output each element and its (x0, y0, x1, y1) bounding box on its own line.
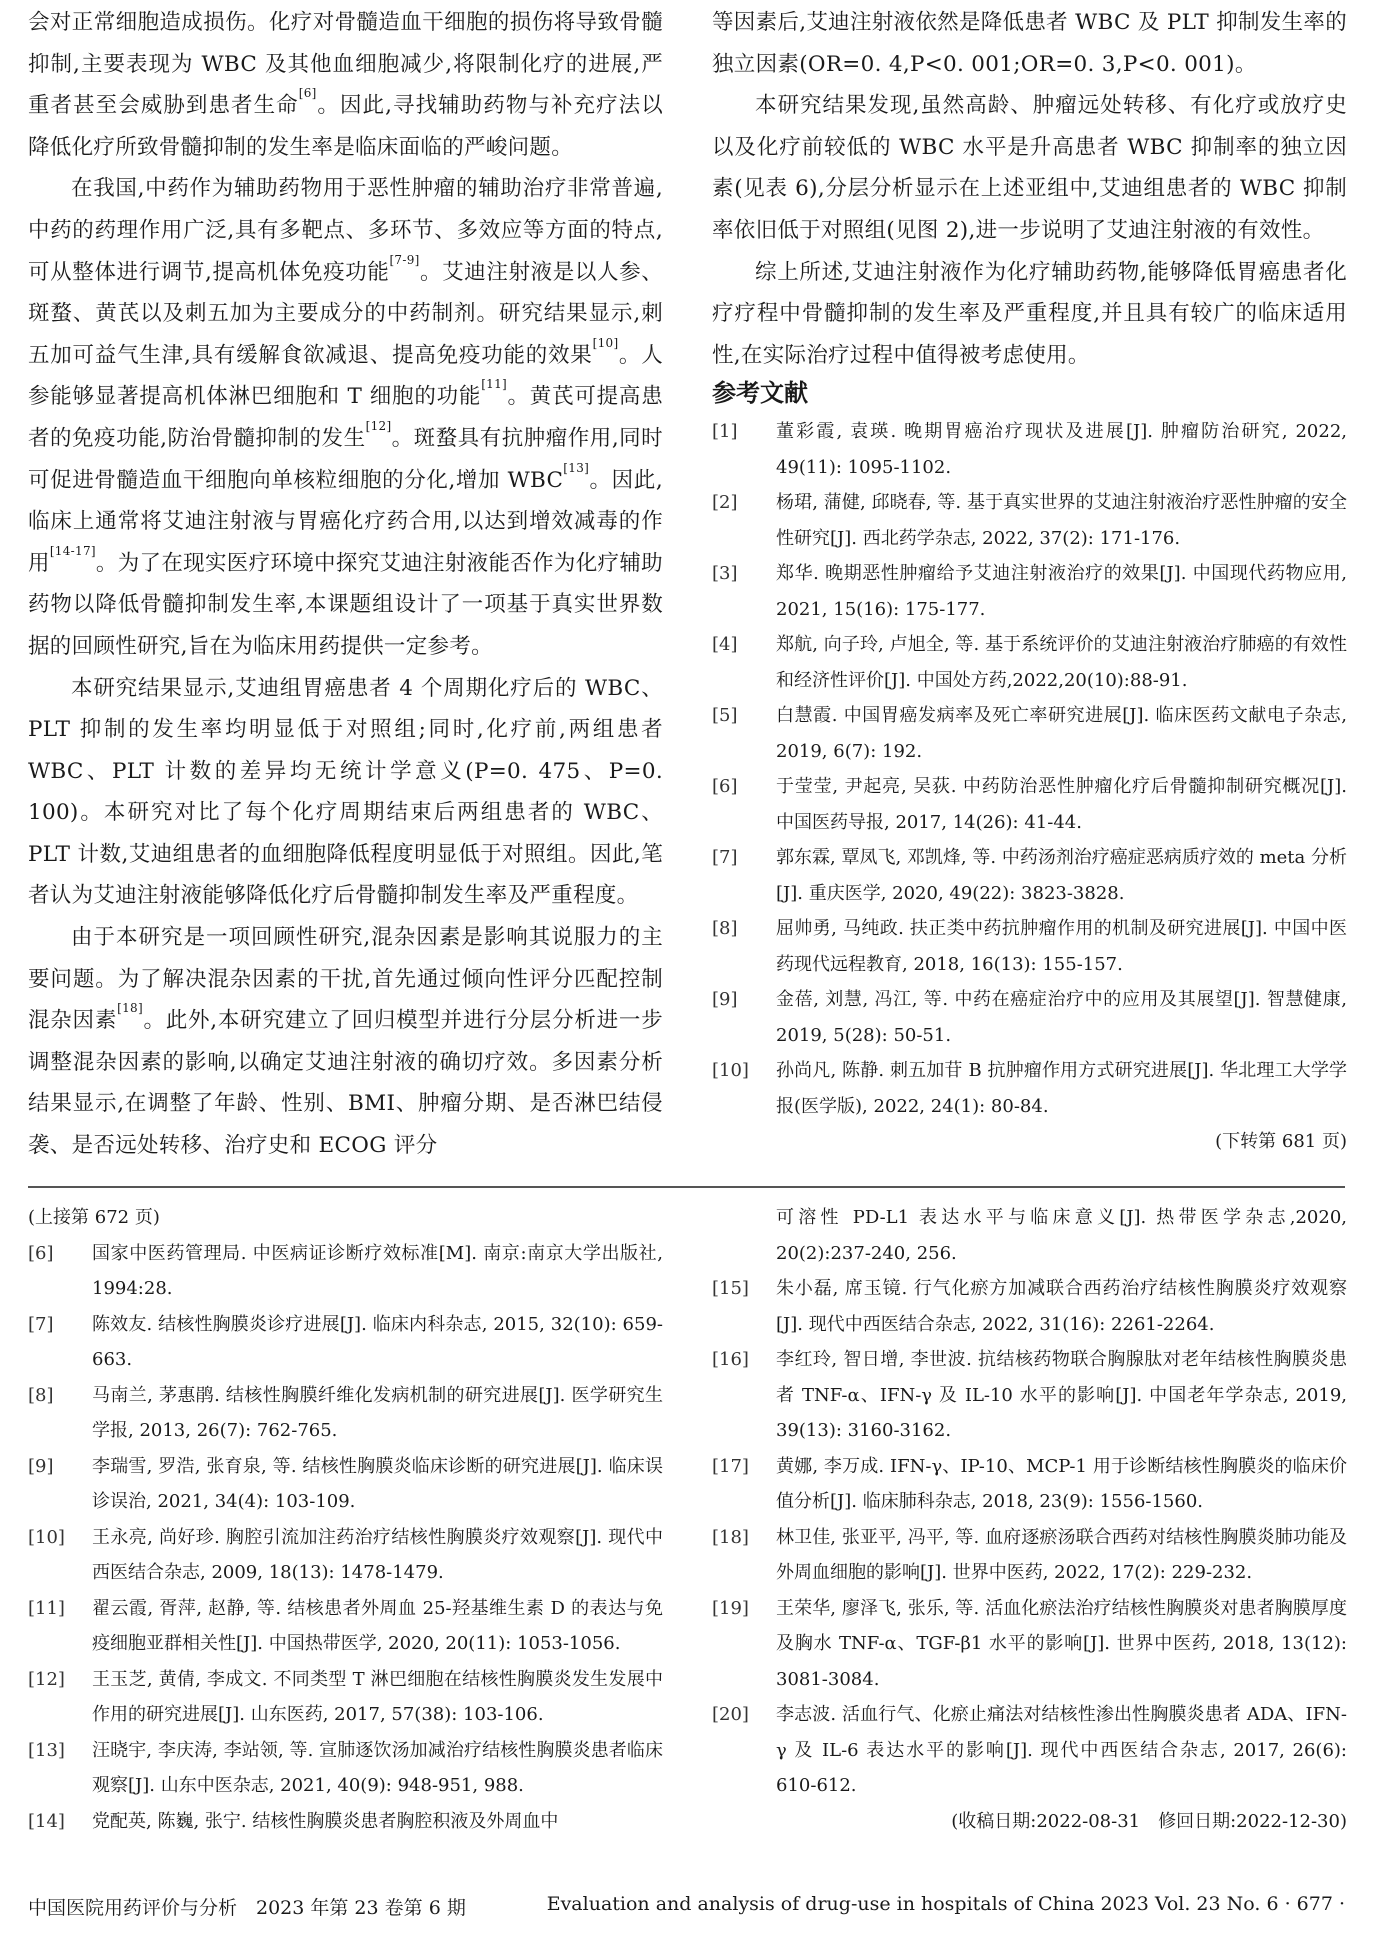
bottom-left-column: (上接第 672 页) [6]国家中医药管理局. 中医病证诊断疗效标准[M]. … (28, 1200, 663, 1839)
section-divider (28, 1186, 1345, 1188)
footer-journal-cn: 中国医院用药评价与分析 2023 年第 23 卷第 6 期 (28, 1893, 466, 1920)
reference-item: [1]董彩霞, 袁瑛. 晚期胃癌治疗现状及进展[J]. 肿瘤防治研究, 2022… (712, 414, 1347, 485)
reference-item: [7]郭东霖, 覃凤飞, 邓凯烽, 等. 中药汤剂治疗癌症恶病质疗效的 meta… (712, 840, 1347, 911)
reference-item: [5]白慧霞. 中国胃癌发病率及死亡率研究进展[J]. 临床医药文献电子杂志, … (712, 698, 1347, 769)
reference-item: [7]陈效友. 结核性胸膜炎诊疗进展[J]. 临床内科杂志, 2015, 32(… (28, 1307, 663, 1378)
reference-list: [1]董彩霞, 袁瑛. 晚期胃癌治疗现状及进展[J]. 肿瘤防治研究, 2022… (712, 414, 1347, 1124)
bottom-right-column: 可溶性 PD-L1 表达水平与临床意义[J]. 热带医学杂志,2020, 20(… (712, 1200, 1347, 1840)
reference-item: [9]李瑞雪, 罗浩, 张育泉, 等. 结核性胸膜炎临床诊断的研究进展[J]. … (28, 1449, 663, 1520)
reference-item: [19]王荣华, 廖泽飞, 张乐, 等. 活血化瘀法治疗结核性胸膜炎对患者胸膜厚… (712, 1591, 1347, 1698)
reference-item: [3]郑华. 晚期恶性肿瘤给予艾迪注射液治疗的效果[J]. 中国现代药物应用, … (712, 556, 1347, 627)
citation[interactable]: [11] (481, 377, 507, 391)
reference-item: [6]国家中医药管理局. 中医病证诊断疗效标准[M]. 南京:南京大学出版社, … (28, 1236, 663, 1307)
reference-item: [13]汪晓宇, 李庆涛, 李站领, 等. 宣肺逐饮汤加减治疗结核性胸膜炎患者临… (28, 1733, 663, 1804)
top-left-column: 会对正常细胞造成损伤。化疗对骨髓造血干细胞的损伤将导致骨髓抑制,主要表现为 WB… (28, 2, 663, 1167)
paragraph-3: 本研究结果显示,艾迪组胃癌患者 4 个周期化疗后的 WBC、PLT 抑制的发生率… (28, 668, 663, 918)
citation[interactable]: [13] (563, 461, 589, 475)
references-heading: 参考文献 (712, 376, 1347, 410)
reference-item: [8]马南兰, 茅惠鹃. 结核性胸膜纤维化发病机制的研究进展[J]. 医学研究生… (28, 1378, 663, 1449)
paragraph-5: 等因素后,艾迪注射液依然是降低患者 WBC 及 PLT 抑制发生率的独立因素(O… (712, 2, 1347, 85)
reference-item: [12]王玉芝, 黄倩, 李成文. 不同类型 T 淋巴细胞在结核性胸膜炎发生发展… (28, 1662, 663, 1733)
reference-item: [15]朱小磊, 席玉镜. 行气化瘀方加减联合西药治疗结核性胸膜炎疗效观察[J]… (712, 1271, 1347, 1342)
citation[interactable]: [12] (366, 419, 392, 433)
reference-item: [8]屈帅勇, 马纯政. 扶正类中药抗肿瘤作用的机制及研究进展[J]. 中国中医… (712, 911, 1347, 982)
reference-item: [11]翟云霞, 胥萍, 赵静, 等. 结核患者外周血 25-羟基维生素 D 的… (28, 1591, 663, 1662)
received-revised-dates: (收稿日期:2022-08-31 修回日期:2022-12-30) (712, 1804, 1347, 1840)
paragraph-7: 综上所述,艾迪注射液作为化疗辅助药物,能够降低胃癌患者化疗疗程中骨髓抑制的发生率… (712, 252, 1347, 377)
citation[interactable]: [10] (593, 336, 619, 350)
reference-item: [20]李志波. 活血行气、化瘀止痛法对结核性渗出性胸膜炎患者 ADA、IFN-… (712, 1697, 1347, 1804)
reference-item: [2]杨珺, 蒲健, 邱晓春, 等. 基于真实世界的艾迪注射液治疗恶性肿瘤的安全… (712, 485, 1347, 556)
reference-item: [6]于莹莹, 尹起亮, 吴荻. 中药防治恶性肿瘤化疗后骨髓抑制研究概况[J].… (712, 769, 1347, 840)
citation[interactable]: [18] (117, 1001, 143, 1015)
citation[interactable]: [7-9] (389, 253, 419, 267)
reference-item: [16]李红玲, 智日增, 李世波. 抗结核药物联合胸腺肽对老年结核性胸膜炎患者… (712, 1342, 1347, 1449)
footer-journal-en: Evaluation and analysis of drug-use in h… (547, 1893, 1345, 1915)
reference-item: [18]林卫佳, 张亚平, 冯平, 等. 血府逐瘀汤联合西药对结核性胸膜炎肺功能… (712, 1520, 1347, 1591)
continued-on-note: (下转第 681 页) (712, 1124, 1347, 1160)
paragraph-1: 会对正常细胞造成损伤。化疗对骨髓造血干细胞的损伤将导致骨髓抑制,主要表现为 WB… (28, 2, 663, 168)
reference-item: [14]党配英, 陈巍, 张宁. 结核性胸膜炎患者胸腔积液及外周血中 (28, 1804, 663, 1840)
continued-from-note: (上接第 672 页) (28, 1200, 663, 1236)
paragraph-4: 由于本研究是一项回顾性研究,混杂因素是影响其说服力的主要问题。为了解决混杂因素的… (28, 917, 663, 1167)
reference-item: [9]金蓓, 刘慧, 冯江, 等. 中药在癌症治疗中的应用及其展望[J]. 智慧… (712, 982, 1347, 1053)
reference-continuation: 可溶性 PD-L1 表达水平与临床意义[J]. 热带医学杂志,2020, 20(… (712, 1200, 1347, 1271)
reference-item: [4]郑航, 向子玲, 卢旭全, 等. 基于系统评价的艾迪注射液治疗肺癌的有效性… (712, 627, 1347, 698)
citation[interactable]: [6] (299, 86, 317, 100)
paragraph-2: 在我国,中药作为辅助药物用于恶性肿瘤的辅助治疗非常普遍,中药的药理作用广泛,具有… (28, 168, 663, 667)
paragraph-6: 本研究结果发现,虽然高龄、肿瘤远处转移、有化疗或放疗史以及化疗前较低的 WBC … (712, 85, 1347, 251)
reference-item: [10]孙尚凡, 陈静. 刺五加苷 B 抗肿瘤作用方式研究进展[J]. 华北理工… (712, 1053, 1347, 1124)
reference-item: [10]王永亮, 尚好珍. 胸腔引流加注药治疗结核性胸膜炎疗效观察[J]. 现代… (28, 1520, 663, 1591)
top-right-column: 等因素后,艾迪注射液依然是降低患者 WBC 及 PLT 抑制发生率的独立因素(O… (712, 2, 1347, 1160)
citation[interactable]: [14-17] (50, 544, 96, 558)
reference-item: [17]黄娜, 李万成. IFN-γ、IP-10、MCP-1 用于诊断结核性胸膜… (712, 1449, 1347, 1520)
